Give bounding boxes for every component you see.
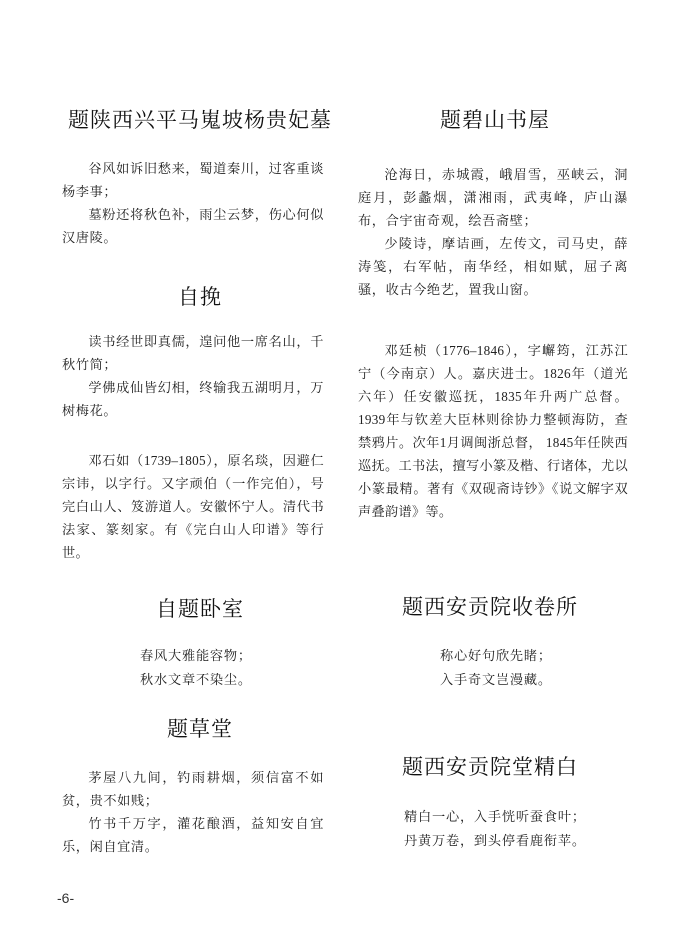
poem-line: 墓粉还将秋色补，雨尘云梦，伤心何似汉唐陵。 (62, 204, 324, 250)
poem-body: 春风大雅能容物； 秋水文章不染尘。 (140, 645, 280, 693)
poem-title: 题西安贡院收卷所 (380, 591, 600, 621)
poem-title: 自挽 (60, 281, 340, 311)
poem-title: 题草堂 (60, 713, 340, 743)
poem-line: 丹黄万卷，到头停看鹿衔苹。 (404, 830, 614, 854)
poem-line: 入手奇文岂漫藏。 (440, 669, 590, 693)
poem-body: 称心好句欣先睹； 入手奇文岂漫藏。 (440, 645, 590, 693)
poem-title: 题西安贡院堂精白 (380, 751, 600, 781)
poem-body: 茅屋八九间，钓雨耕烟，须信富不如贫，贵不如贱； 竹书千万字，灌花酿酒，益知安自宜… (62, 767, 324, 859)
poem-body: 精白一心，入手恍听蚕食叶； 丹黄万卷，到头停看鹿衔苹。 (404, 806, 614, 854)
poem-line: 竹书千万字，灌花酿酒，益知安自宜乐，闲自宜清。 (62, 813, 324, 859)
poem-body: 沧海日，赤城霞，峨眉雪，巫峡云，洞庭月，彭蠡烟，潇湘雨，武夷峰，庐山瀑布，合宇宙… (358, 164, 628, 302)
poem-title: 自题卧室 (60, 593, 340, 623)
poem-title: 题陕西兴平马嵬坡杨贵妃墓 (60, 104, 340, 134)
poem-title: 题碧山书屋 (350, 104, 640, 134)
poem-line: 学佛成仙皆幻相，终输我五湖明月，万树梅花。 (62, 377, 324, 423)
poem-line: 称心好句欣先睹； (440, 645, 590, 669)
poem-body: 谷风如诉旧愁来，蜀道秦川，过客重谈杨李事； 墓粉还将秋色补，雨尘云梦，伤心何似汉… (62, 158, 324, 250)
poem-line: 读书经世即真儒，遑问他一席名山，千秋竹简； (62, 331, 324, 377)
poem-line: 少陵诗，摩诘画，左传文，司马史，薛涛笺，右军帖，南华经，相如赋，屈子离骚，收古今… (358, 233, 628, 302)
poem-line: 春风大雅能容物； (140, 645, 280, 669)
page-number: -6- (57, 890, 74, 906)
poem-line: 茅屋八九间，钓雨耕烟，须信富不如贫，贵不如贱； (62, 767, 324, 813)
poem-line: 沧海日，赤城霞，峨眉雪，巫峡云，洞庭月，彭蠡烟，潇湘雨，武夷峰，庐山瀑布，合宇宙… (358, 164, 628, 233)
poem-line: 精白一心，入手恍听蚕食叶； (404, 806, 614, 830)
author-bio: 邓廷桢（1776–1846），字嶰筠，江苏江宁（今南京）人。嘉庆进士。1826年… (358, 339, 628, 523)
poem-body: 读书经世即真儒，遑问他一席名山，千秋竹简； 学佛成仙皆幻相，终输我五湖明月，万树… (62, 331, 324, 423)
poem-line: 谷风如诉旧愁来，蜀道秦川，过客重谈杨李事； (62, 158, 324, 204)
author-bio: 邓石如（1739–1805），原名琰，因避仁宗讳，以字行。又字顽伯（一作完伯），… (62, 449, 324, 564)
poem-line: 秋水文章不染尘。 (140, 669, 280, 693)
